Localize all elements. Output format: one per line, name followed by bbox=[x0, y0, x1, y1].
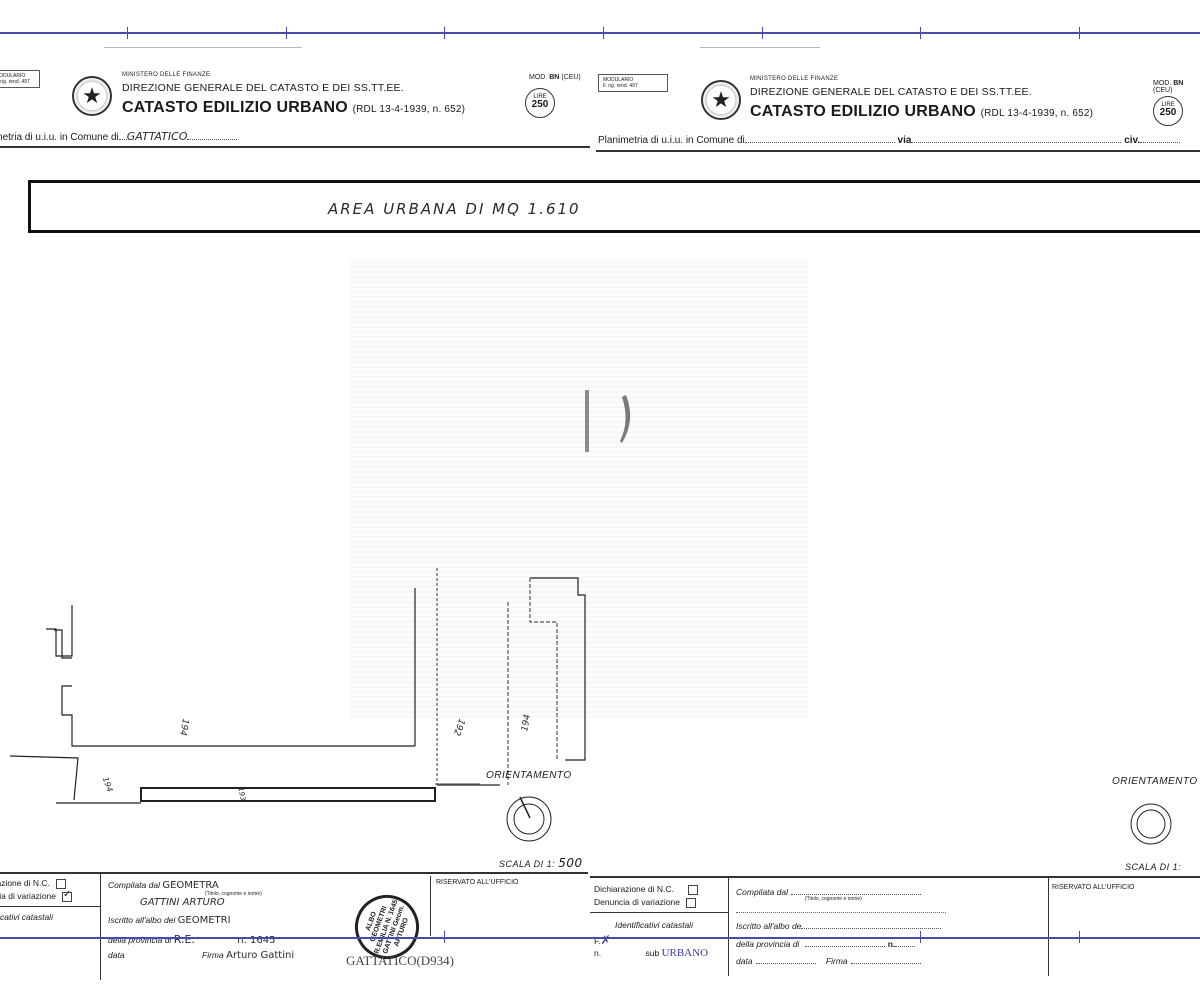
reference-tick bbox=[444, 931, 445, 943]
cadastral-plan-drawing bbox=[0, 0, 1200, 1000]
compilata-value: GEOMETRA bbox=[162, 880, 218, 891]
foglio-row: F.✗ bbox=[594, 933, 611, 948]
provincia-label: della provincia di bbox=[736, 939, 799, 949]
provincia-row: della provincia di R.E. n. 1645 bbox=[108, 933, 275, 946]
data-label: data bbox=[108, 950, 125, 960]
orientamento-compass-icon bbox=[507, 797, 551, 841]
numero-label: n. bbox=[594, 948, 601, 958]
firma-signature: Arturo Gattini bbox=[226, 950, 294, 961]
reference-tick bbox=[1079, 931, 1080, 943]
firma-row: Firma Arturo Gattini bbox=[202, 950, 294, 961]
firma-label: Firma bbox=[202, 950, 224, 960]
footer-divider bbox=[590, 912, 728, 913]
dichiarazione-checkbox[interactable] bbox=[56, 879, 66, 889]
scala-label: SCALA DI 1: 500 bbox=[499, 856, 583, 870]
dichiarazione-nc: Dichiarazione di N.C. bbox=[0, 878, 66, 889]
orientamento-label: ORIENTAMENTO bbox=[486, 770, 572, 781]
data-label: data bbox=[736, 956, 753, 966]
orientamento-label: ORIENTAMENTO bbox=[1112, 776, 1198, 787]
stamp-text: ALBO GEOMETRI R.EMILIA N. 1645 GATTINI G… bbox=[358, 893, 415, 961]
footer-divider bbox=[728, 876, 729, 976]
denuncia-variazione: Denuncia di variazione bbox=[594, 897, 696, 908]
iscritto-row: Iscritto all'albo dei GEOMETRI bbox=[108, 915, 231, 926]
iscritto-label: Iscritto all'albo dei bbox=[108, 915, 175, 925]
iscritto-value: GEOMETRI bbox=[178, 915, 231, 926]
iscritto-row: Iscritto all'albo de bbox=[736, 920, 941, 931]
compilata-label: Compilata dal bbox=[108, 880, 160, 890]
footer-divider bbox=[100, 872, 101, 980]
bottom-reference-line bbox=[0, 937, 1200, 939]
riservato-label: RISERVATO ALL'UFFICIO bbox=[1052, 884, 1135, 891]
denuncia-label: Denuncia di variazione bbox=[0, 891, 56, 901]
orientamento-compass-icon bbox=[1131, 804, 1171, 844]
firma-label: Firma bbox=[826, 956, 848, 966]
data-firma-row: data Firma bbox=[736, 955, 921, 966]
comune-code-overlay: GATTATICO(D934) bbox=[346, 953, 454, 969]
denuncia-checkbox[interactable] bbox=[686, 898, 696, 908]
numero-sub-row: n. sub URBANO bbox=[594, 947, 708, 959]
dichiarazione-checkbox[interactable] bbox=[688, 885, 698, 895]
dichiarazione-label: Dichiarazione di N.C. bbox=[0, 878, 50, 888]
footer-divider bbox=[430, 876, 431, 936]
name-dotted-line bbox=[736, 912, 946, 913]
footer-divider bbox=[0, 906, 100, 907]
provincia-value: R.E. bbox=[174, 933, 195, 946]
compilata-row: Compilata dal GEOMETRA bbox=[108, 880, 219, 891]
footer-rule bbox=[590, 876, 1200, 878]
sub-value: URBANO bbox=[662, 947, 708, 959]
identificativi-label: Identificativi catastali bbox=[615, 920, 693, 930]
scala-prefix: SCALA DI 1: bbox=[499, 859, 555, 869]
titolo-hint: (Titolo, cognome e nome) bbox=[805, 896, 862, 902]
compilatore-name: GATTINI ARTURO bbox=[140, 897, 225, 908]
riservato-label: RISERVATO ALL'UFFICIO bbox=[436, 879, 519, 886]
dichiarazione-nc: Dichiarazione di N.C. bbox=[594, 884, 698, 895]
compilata-label: Compilata dal bbox=[736, 887, 788, 897]
denuncia-label: Denuncia di variazione bbox=[594, 897, 680, 907]
scala-label: SCALA DI 1: bbox=[1125, 862, 1181, 872]
provincia-row: della provincia di n. bbox=[736, 938, 915, 949]
dichiarazione-label: Dichiarazione di N.C. bbox=[594, 884, 674, 894]
footer-rule bbox=[0, 872, 588, 874]
footer-divider bbox=[1048, 876, 1049, 976]
denuncia-checkbox[interactable]: ✓ bbox=[62, 892, 72, 902]
identificativi-label: Identificativi catastali bbox=[0, 912, 53, 922]
denuncia-variazione: Denuncia di variazione✓ bbox=[0, 891, 72, 902]
reference-tick bbox=[920, 931, 921, 943]
iscritto-label: Iscritto all'albo de bbox=[736, 921, 801, 931]
scala-value: 500 bbox=[558, 856, 582, 870]
n-label: n. bbox=[888, 939, 896, 949]
sub-label: sub bbox=[645, 948, 659, 958]
